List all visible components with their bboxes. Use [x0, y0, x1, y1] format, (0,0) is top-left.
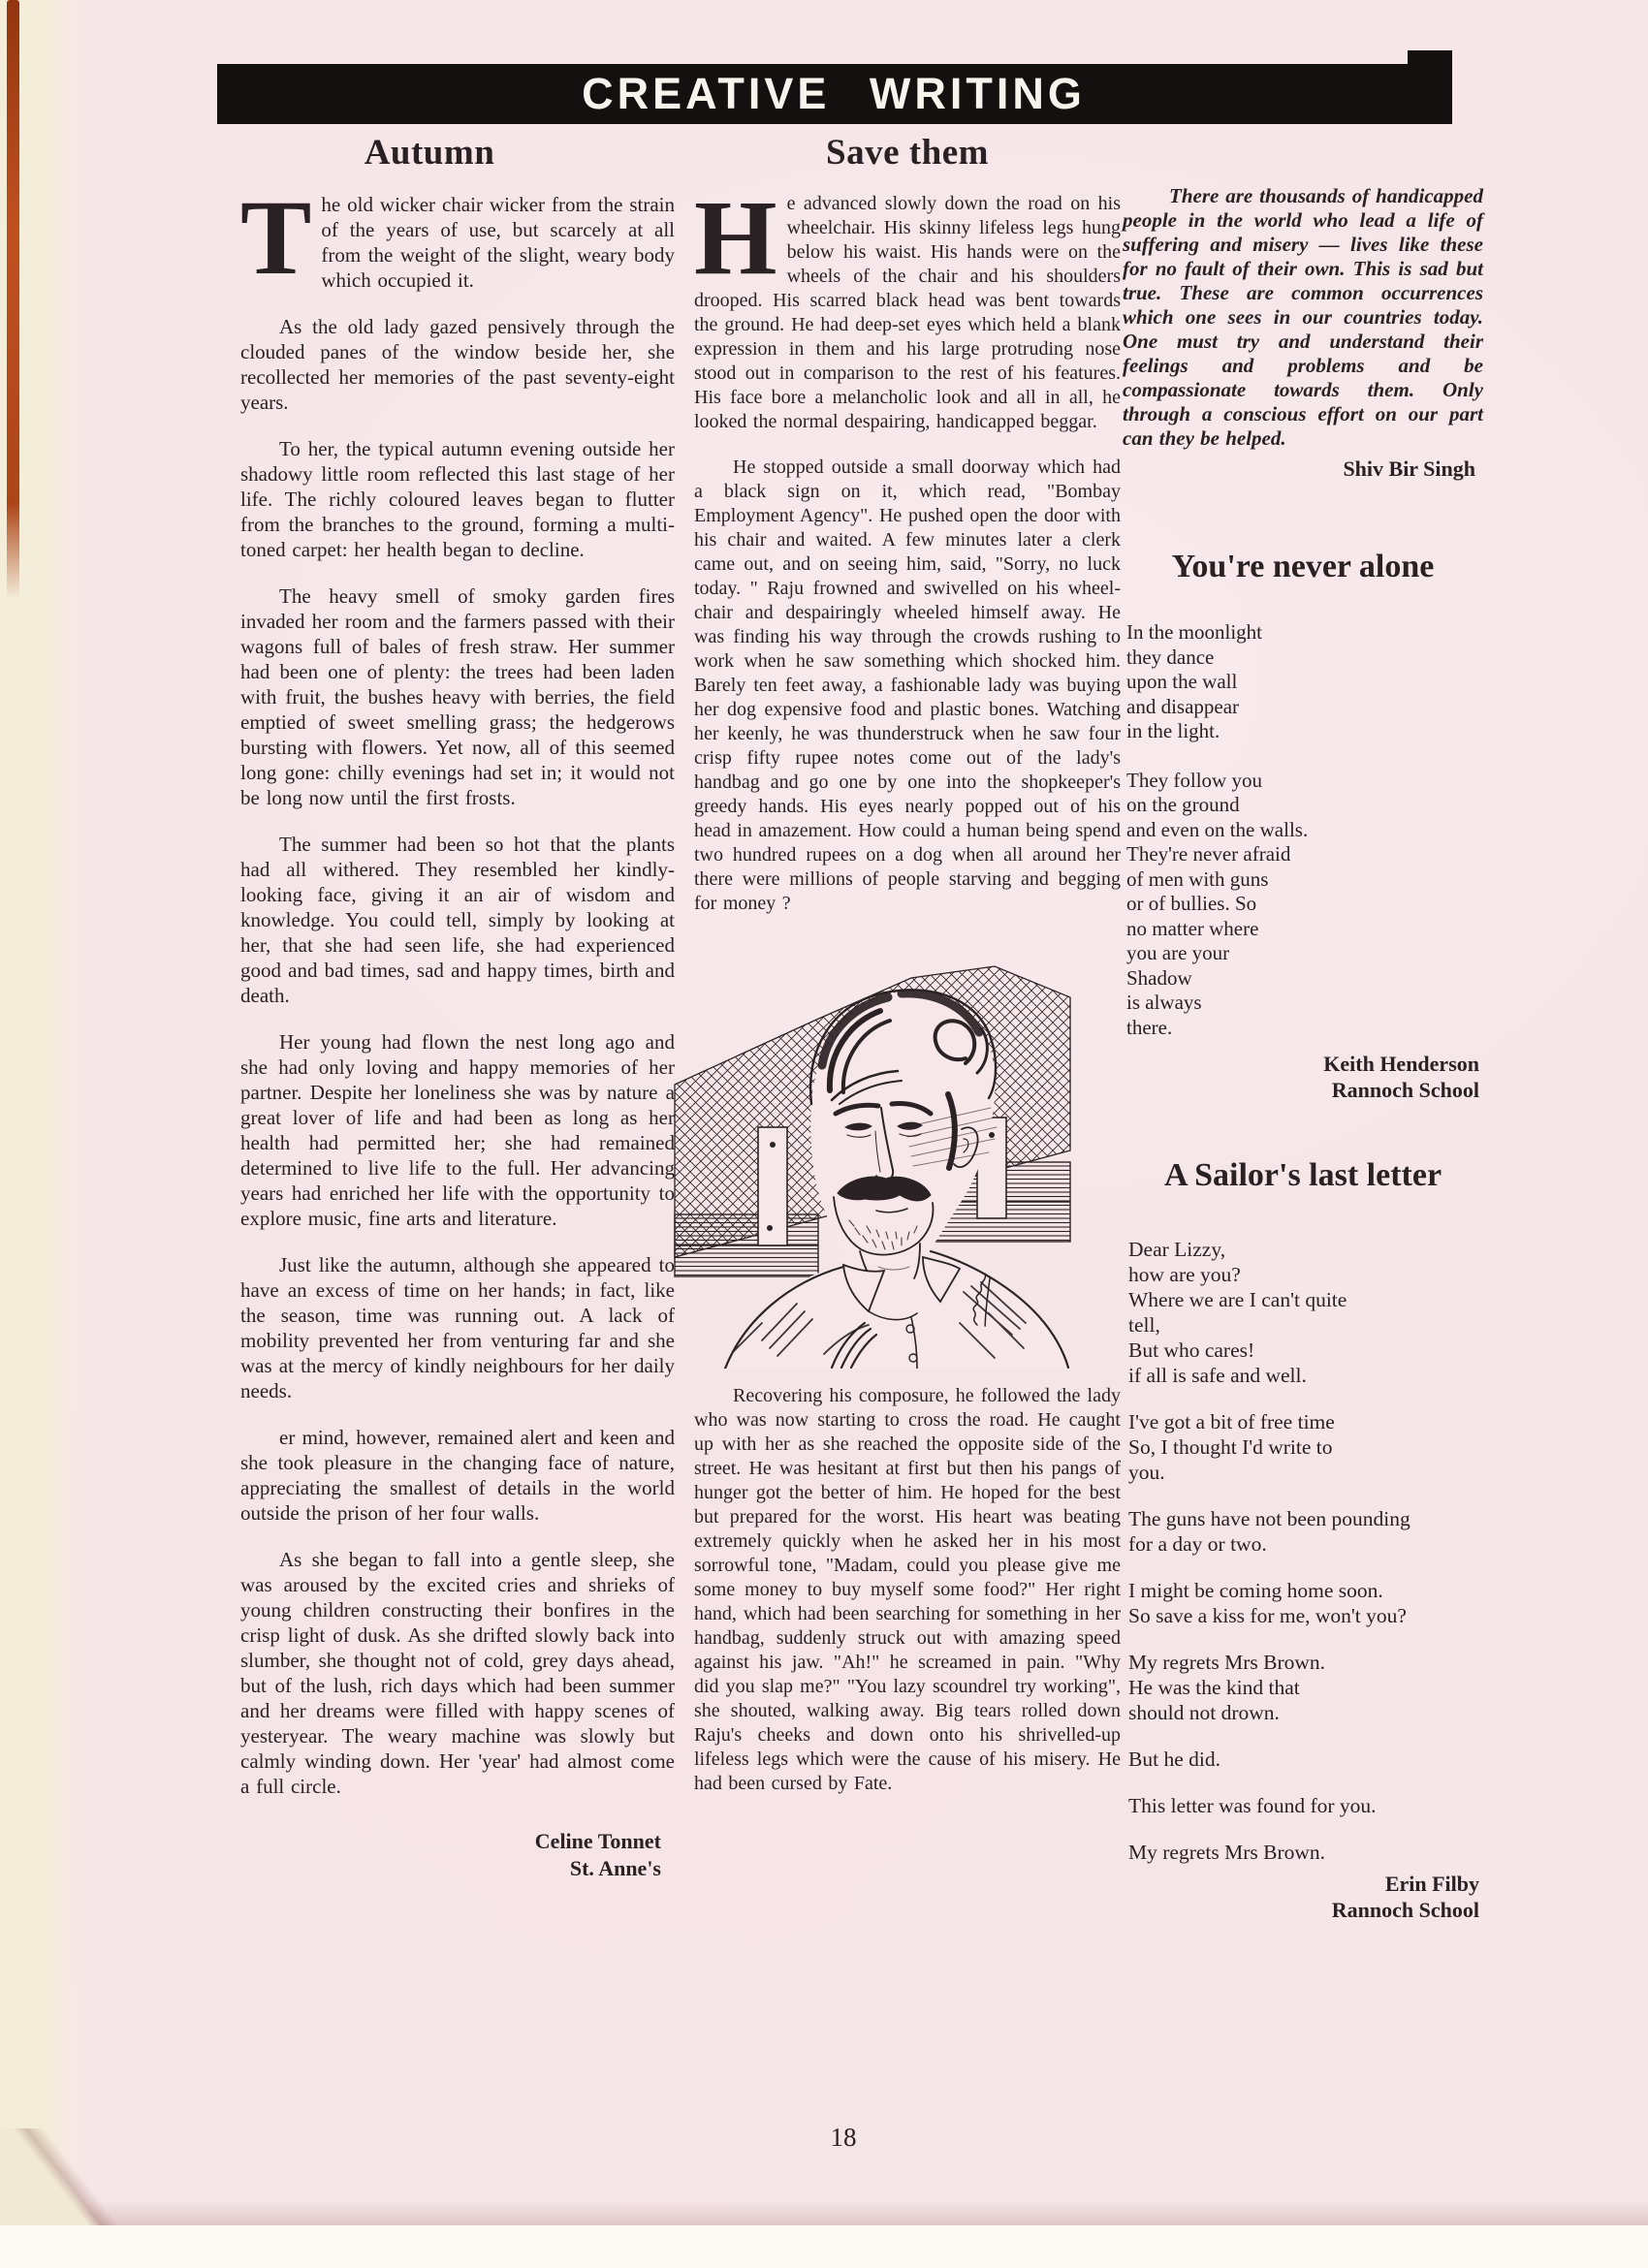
poem-line: But who cares! [1128, 1338, 1410, 1363]
save-them-story: Save them He advanced slowly down the ro… [694, 134, 1121, 1817]
never-alone-school: Rannoch School [1123, 1077, 1479, 1103]
poem-line: and disappear [1126, 695, 1308, 720]
section-title: CREATIVE WRITING [582, 69, 1086, 119]
autumn-paragraph: As the old lady gazed pensively through … [240, 314, 675, 415]
scan-bottom-shadow [0, 2200, 1648, 2225]
autumn-paragraph: The old wicker chair wicker from the str… [240, 192, 675, 293]
autumn-title: Autumn [240, 134, 618, 173]
poem-line: upon the wall [1126, 670, 1308, 695]
poem-line: My regrets Mrs Brown. [1128, 1650, 1410, 1675]
poem-line: In the moonlight [1126, 620, 1308, 646]
editor-note: There are thousands of handicapped peopl… [1123, 184, 1483, 451]
autumn-paragraph-text: he old wicker chair wicker from the stra… [321, 193, 675, 292]
autumn-paragraph: Her young had flown the nest long ago an… [240, 1029, 675, 1231]
autumn-author: Celine Tonnet [240, 1828, 661, 1855]
note-author: Shiv Bir Singh [1123, 456, 1475, 483]
autumn-byline: Celine Tonnet St. Anne's [240, 1828, 675, 1882]
poem-line: Shadow [1126, 966, 1308, 992]
stanza: The guns have not been pounding for a da… [1128, 1506, 1410, 1557]
never-alone-author: Keith Henderson [1123, 1051, 1479, 1077]
save-them-paragraph: Recovering his composure, he followed th… [694, 1384, 1121, 1796]
autumn-paragraph: er mind, however, remained alert and kee… [240, 1425, 675, 1526]
banner-right-notch [1408, 50, 1452, 124]
never-alone-poem: In the moonlight they dance upon the wal… [1126, 620, 1308, 1064]
autumn-paragraph: Just like the autumn, although she appea… [240, 1252, 675, 1403]
section-banner: CREATIVE WRITING [217, 64, 1450, 124]
poem-line: is always [1126, 991, 1308, 1016]
never-alone-title: You're never alone [1123, 549, 1483, 585]
poem-line: They're never afraid [1126, 842, 1308, 867]
poem-line: there. [1126, 1016, 1308, 1041]
poem-line: they dance [1126, 646, 1308, 671]
save-them-paragraph: He advanced slowly down the road on his … [694, 192, 1121, 434]
poem-line: I've got a bit of free time [1128, 1409, 1410, 1434]
autumn-paragraph: As she began to fall into a gentle sleep… [240, 1547, 675, 1799]
autumn-paragraph: To her, the typical autumn evening outsi… [240, 436, 675, 562]
poem-line: no matter where [1126, 917, 1308, 942]
sailor-letter-school: Rannoch School [1123, 1897, 1479, 1923]
poem-line: in the light. [1126, 719, 1308, 744]
autumn-drop-cap: T [240, 192, 321, 277]
poem-line: should not drown. [1128, 1700, 1410, 1725]
poem-line: or of bullies. So [1126, 892, 1308, 917]
poem-line: of men with guns [1126, 867, 1308, 893]
poem-line: you. [1128, 1460, 1410, 1485]
poem-line: and even on the walls. [1126, 818, 1308, 843]
poem-line: for a day or two. [1128, 1531, 1410, 1557]
poem-line: He was the kind that [1128, 1675, 1410, 1700]
poem-line: So save a kiss for me, won't you? [1128, 1603, 1410, 1628]
sailor-letter-author: Erin Filby [1123, 1871, 1479, 1897]
stanza: This letter was found for you. [1128, 1793, 1410, 1818]
stanza: In the moonlight they dance upon the wal… [1126, 620, 1308, 744]
stanza: I've got a bit of free time So, I though… [1128, 1409, 1410, 1485]
autumn-paragraph: The heavy smell of smoky garden fires in… [240, 583, 675, 810]
sailor-letter-poem: Dear Lizzy, how are you? Where we are I … [1128, 1237, 1410, 1886]
poem-line: how are you? [1128, 1262, 1410, 1287]
poem-line: This letter was found for you. [1128, 1793, 1410, 1818]
poem-line: My regrets Mrs Brown. [1128, 1840, 1410, 1865]
scan-edge-bottom [0, 2225, 1648, 2268]
sailor-letter-title: A Sailor's last letter [1123, 1157, 1483, 1194]
scan-artifact-strip [7, 0, 19, 599]
stanza: My regrets Mrs Brown. [1128, 1840, 1410, 1865]
magazine-page: CREATIVE WRITING Autumn The old wicker c… [0, 0, 1648, 2268]
poem-line: Dear Lizzy, [1128, 1237, 1410, 1262]
poem-line: Where we are I can't quite [1128, 1287, 1410, 1312]
autumn-story: Autumn The old wicker chair wicker from … [240, 134, 675, 1882]
poem-line: They follow you [1126, 769, 1308, 794]
stanza: Dear Lizzy, how are you? Where we are I … [1128, 1237, 1410, 1388]
save-them-drop-cap: H [694, 192, 787, 277]
save-them-paragraph: He stopped outside a small doorway which… [694, 456, 1121, 916]
stanza: They follow you on the ground and even o… [1126, 769, 1308, 1041]
poem-line: you are your [1126, 941, 1308, 966]
page-number: 18 [805, 2123, 882, 2153]
page-corner-curl [0, 2128, 145, 2225]
never-alone-byline: Keith Henderson Rannoch School [1123, 1051, 1479, 1103]
poem-line: tell, [1128, 1312, 1410, 1338]
stanza: My regrets Mrs Brown. He was the kind th… [1128, 1650, 1410, 1725]
autumn-school: St. Anne's [240, 1855, 661, 1882]
poem-line: So, I thought I'd write to [1128, 1434, 1410, 1460]
sailor-letter-byline: Erin Filby Rannoch School [1123, 1871, 1479, 1923]
poem-line: The guns have not been pounding [1128, 1506, 1410, 1531]
save-them-title: Save them [694, 134, 1121, 173]
poem-line: if all is safe and well. [1128, 1363, 1410, 1388]
poem-line: I might be coming home soon. [1128, 1578, 1410, 1603]
poem-line: on the ground [1126, 793, 1308, 818]
autumn-paragraph: The summer had been so hot that the plan… [240, 832, 675, 1008]
stanza: I might be coming home soon. So save a k… [1128, 1578, 1410, 1628]
poem-line: But he did. [1128, 1747, 1410, 1772]
stanza: But he did. [1128, 1747, 1410, 1772]
wheelchair-man-illustration [669, 937, 1076, 1369]
